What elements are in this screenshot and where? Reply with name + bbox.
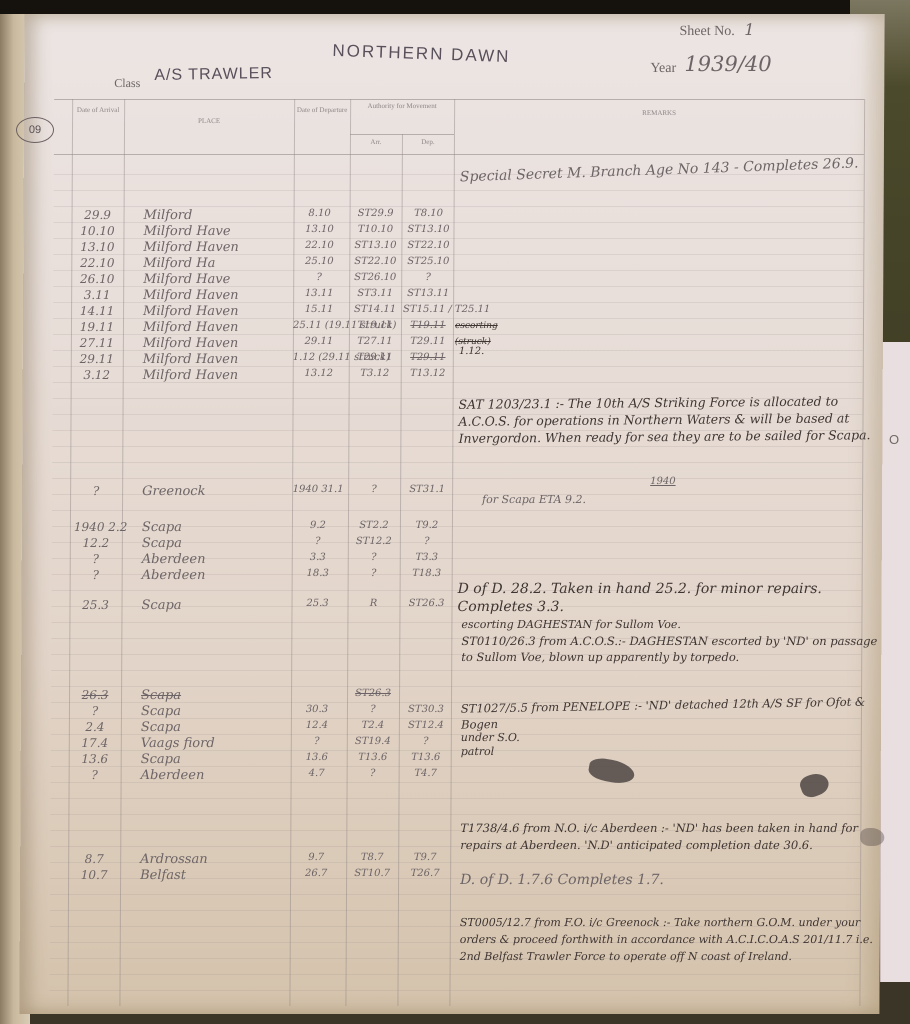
cell-date-departure: 12.4 <box>291 720 343 731</box>
remark-greenock-orders: ST0005/12.7 from F.O. i/c Greenock :- Ta… <box>460 914 880 965</box>
cell-authority-arr: ? <box>348 484 400 495</box>
cell-authority-dep: ST13.10 <box>403 224 453 235</box>
cell-date-departure: ? <box>292 536 344 547</box>
cell-authority-arr: T2.4 <box>347 720 399 731</box>
cell-authority-arr: T3.12 <box>349 368 401 379</box>
cell-date-arrival: 29.9 <box>76 208 120 222</box>
header-rule <box>54 99 864 100</box>
cell-authority-dep: ST12.4 <box>401 720 451 731</box>
class-value: A/S TRAWLER <box>154 65 273 85</box>
cell-date-arrival: ? <box>74 568 118 582</box>
col-authority-arr: Arr. <box>350 138 402 147</box>
cell-date-arrival: ? <box>74 484 118 498</box>
cell-date-departure: 29.11 <box>293 336 345 347</box>
cell-authority-arr: ST3.11 <box>349 288 401 299</box>
cell-date-departure: ? <box>291 736 343 747</box>
cell-date-departure: 13.11 <box>293 288 345 299</box>
cell-date-departure: 30.3 <box>291 704 343 715</box>
cell-place: Milford <box>144 208 193 223</box>
col-authority: Authority for Movement <box>358 102 446 111</box>
cell-authority-arr: T8.7 <box>346 852 398 863</box>
cell-place: Milford Haven <box>143 288 239 303</box>
cell-date-arrival: 22.10 <box>75 256 119 270</box>
cell-authority-arr: ? <box>347 704 399 715</box>
cell-authority-dep: ST26.3 <box>402 598 452 609</box>
cell-date-arrival: 13.10 <box>75 240 119 254</box>
year-label: Year <box>650 61 676 77</box>
cell-authority-arr: ST12.2 <box>348 536 400 547</box>
cell-date-departure: 18.3 <box>292 568 344 579</box>
remark-date-1-12: 1.12. <box>459 344 519 360</box>
cell-date-arrival: 13.6 <box>73 752 117 766</box>
remark-for-scapa: for Scapa ETA 9.2. <box>482 492 902 508</box>
cell-date-arrival: 10.10 <box>75 224 119 238</box>
cell-date-departure: 25.11 (19.11 struck) <box>293 320 345 331</box>
cell-date-arrival: 27.11 <box>75 336 119 350</box>
cell-place: Scapa <box>141 720 181 735</box>
cell-authority-arr: T29.11 <box>349 352 401 363</box>
col-remarks: REMARKS <box>454 109 864 118</box>
cell-date-arrival: 8.7 <box>72 852 116 866</box>
cell-authority-arr: ST10.7 <box>346 868 398 879</box>
cell-authority-dep: ST13.11 <box>403 288 453 299</box>
cell-authority-dep: T4.7 <box>401 768 451 779</box>
cell-date-arrival: 25.3 <box>73 598 117 612</box>
cell-date-departure: 25.3 <box>292 598 344 609</box>
cell-authority-arr: T19.11 <box>349 320 401 331</box>
cell-date-departure: ? <box>293 272 345 283</box>
cell-authority-dep: T13.6 <box>401 752 451 763</box>
col-place: PLACE <box>124 117 294 126</box>
remark-year-1940: 1940 <box>650 474 690 490</box>
cell-authority-arr: ST26.3 <box>347 688 399 699</box>
ship-name: NORTHERN DAWN <box>332 41 511 67</box>
cell-authority-arr: ? <box>348 552 400 563</box>
cell-date-arrival: 10.7 <box>72 868 116 882</box>
cell-date-arrival: ? <box>74 552 118 566</box>
cell-place: Aberdeen <box>142 568 206 583</box>
cell-date-departure: 22.10 <box>293 240 345 251</box>
cell-place: Aberdeen <box>141 768 205 783</box>
cell-date-arrival: 19.11 <box>75 320 119 334</box>
cell-place: Vaags fiord <box>141 736 215 751</box>
cell-authority-dep: T9.2 <box>402 520 452 531</box>
cell-place: Milford Haven <box>143 304 239 319</box>
cell-authority-arr: T13.6 <box>347 752 399 763</box>
cell-place: Milford Haven <box>143 336 239 351</box>
cell-date-arrival: 12.2 <box>74 536 118 550</box>
sheet-no-value: 1 <box>744 20 754 39</box>
cell-date-arrival: 14.11 <box>75 304 119 318</box>
cell-date-departure: 9.7 <box>290 852 342 863</box>
cell-place: Milford Have <box>143 224 230 239</box>
cell-date-arrival: 26.10 <box>75 272 119 286</box>
cell-place: Scapa <box>141 704 181 719</box>
cell-date-departure: 4.7 <box>291 768 343 779</box>
remark-dod-completes: D. of D. 1.7.6 Completes 1.7. <box>460 872 880 888</box>
page-marker: 09 <box>16 117 54 143</box>
cell-authority-dep: ? <box>401 736 451 747</box>
adjacent-sheet-mark: O <box>889 432 899 447</box>
cell-date-departure: 26.7 <box>290 868 342 879</box>
cell-date-departure: 13.12 <box>293 368 345 379</box>
cell-authority-dep: T9.7 <box>400 852 450 863</box>
cell-authority-dep: ST22.10 <box>403 240 453 251</box>
cell-place: Milford Haven <box>143 368 239 383</box>
header-rule <box>350 134 454 135</box>
cell-authority-arr: ST19.4 <box>347 736 399 747</box>
cell-date-arrival: ? <box>73 768 117 782</box>
remark-aberdeen-repairs: T1738/4.6 from N.O. i/c Aberdeen :- 'ND'… <box>460 820 880 854</box>
col-date-departure: Date of Departure <box>294 106 350 115</box>
remark-striking-force: SAT 1203/23.1 :- The 10th A/S Striking F… <box>458 392 878 447</box>
cell-authority-arr: ST26.10 <box>349 272 401 283</box>
cell-authority-arr: R <box>348 598 400 609</box>
cell-authority-dep: T8.10 <box>404 208 454 219</box>
cell-place: Milford Haven <box>143 352 239 367</box>
cell-place: Aberdeen <box>142 552 206 567</box>
cell-date-departure: 9.2 <box>292 520 344 531</box>
cell-authority-arr: ST2.2 <box>348 520 400 531</box>
ledger-page: Sheet No. 1 NORTHERN DAWN Class A/S TRAW… <box>19 14 884 1014</box>
cell-date-arrival: 1940 2.2 <box>74 520 118 534</box>
cell-authority-arr: T10.10 <box>349 224 401 235</box>
cell-authority-arr: ST13.10 <box>349 240 401 251</box>
cell-place: Milford Ha <box>143 256 215 271</box>
cell-date-arrival: 29.11 <box>75 352 119 366</box>
cell-authority-dep: T26.7 <box>400 868 450 879</box>
cell-authority-dep: ST25.10 <box>403 256 453 267</box>
cell-authority-arr: ST29.9 <box>350 208 402 219</box>
class-label: Class <box>114 76 140 91</box>
cell-place: Scapa <box>141 688 181 703</box>
cell-authority-dep: T29.11 <box>403 336 453 347</box>
ink-stain <box>860 828 884 846</box>
cell-authority-arr: ST14.11 <box>349 304 401 315</box>
cell-place: Milford Haven <box>143 320 239 335</box>
cell-authority-dep: ST31.1 <box>402 484 452 495</box>
cell-date-departure: 3.3 <box>292 552 344 563</box>
cell-authority-arr: T27.11 <box>349 336 401 347</box>
adjacent-pink-sheet: O <box>880 342 910 982</box>
cell-place: Belfast <box>140 868 186 883</box>
cell-date-departure: 1.12 (29.11 struck) <box>293 352 345 363</box>
cell-place: Scapa <box>141 752 181 767</box>
cell-authority-arr: ST22.10 <box>349 256 401 267</box>
cell-date-departure: 25.10 <box>293 256 345 267</box>
cell-place: Milford Haven <box>143 240 239 255</box>
cell-date-arrival: 3.12 <box>75 368 119 382</box>
cell-date-departure: 8.10 <box>294 208 346 219</box>
remark-dod-repairs: D of D. 28.2. Taken in hand 25.2. for mi… <box>457 580 877 616</box>
cell-date-departure: 13.6 <box>291 752 343 763</box>
cell-authority-dep: ? <box>403 272 453 283</box>
cell-date-arrival: 3.11 <box>75 288 119 302</box>
cell-date-arrival: ? <box>73 704 117 718</box>
sheet-number-label: Sheet No. 1 <box>679 20 754 40</box>
cell-authority-dep: T13.12 <box>403 368 453 379</box>
col-authority-dep: Dep. <box>402 138 454 147</box>
cell-date-arrival: 26.3 <box>73 688 117 702</box>
cell-authority-arr: ? <box>348 568 400 579</box>
col-date-arrival: Date of Arrival <box>74 106 122 115</box>
year-value: 1939/40 <box>684 52 771 76</box>
sheet-no-label: Sheet No. <box>679 24 734 39</box>
cell-date-arrival: 17.4 <box>73 736 117 750</box>
cell-authority-dep: T18.3 <box>402 568 452 579</box>
cell-date-departure: 15.11 <box>293 304 345 315</box>
cell-authority-dep: ? <box>402 536 452 547</box>
cell-place: Greenock <box>142 484 205 499</box>
cell-place: Scapa <box>142 536 182 551</box>
cell-authority-dep: T29.11 <box>403 352 453 363</box>
cell-place: Milford Have <box>143 272 230 287</box>
remark-escorting-daghestan: escorting DAGHESTAN for Sullom Voe. <box>461 617 881 633</box>
header-rule <box>54 154 864 155</box>
cell-authority-dep: T19.11 <box>403 320 453 331</box>
cell-date-arrival: 2.4 <box>73 720 117 734</box>
remark-patrol: patrol <box>461 744 521 760</box>
cell-place: Scapa <box>141 598 181 613</box>
cell-authority-dep: ST15.11 / T25.11 <box>403 304 453 315</box>
cell-authority-arr: ? <box>347 768 399 779</box>
cell-authority-dep: T3.3 <box>402 552 452 563</box>
cell-place: Ardrossan <box>140 852 208 867</box>
remark-daghestan-torpedo: ST0110/26.3 from A.C.O.S.:- DAGHESTAN es… <box>461 633 881 665</box>
cell-date-departure: 13.10 <box>293 224 345 235</box>
cell-place: Scapa <box>142 520 182 535</box>
cell-date-departure: 1940 31.1 <box>292 484 344 495</box>
cell-authority-dep: ST30.3 <box>401 704 451 715</box>
